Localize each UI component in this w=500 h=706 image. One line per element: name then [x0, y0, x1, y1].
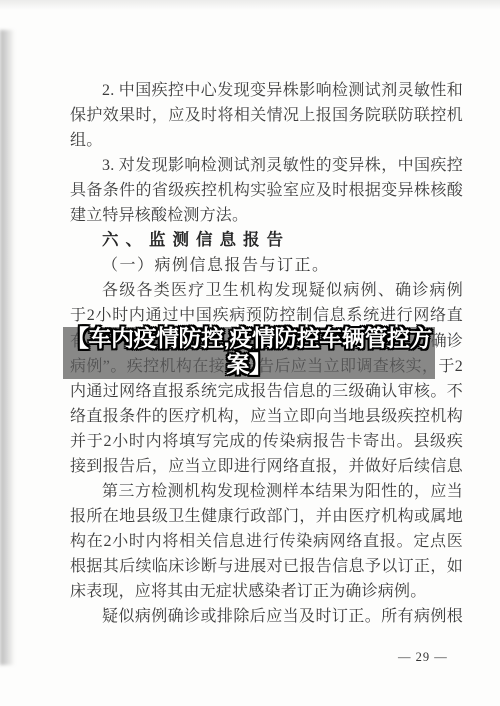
body-text-line: 内通过网络直报系统完成报告信息的三级确认审核。不具备网: [70, 379, 463, 404]
body-text-line: 组。: [70, 128, 463, 153]
overlay-title-line-2: 案】: [63, 351, 435, 377]
body-text-line: 保护效果时，应及时将相关情况上报国务院联防联控机制综合: [70, 103, 463, 128]
body-text-line: 床表现，应将其由无症状感染者订正为确诊病例。: [70, 579, 463, 604]
subsection-heading: （一）病例信息报告与订正。: [70, 253, 463, 278]
body-text-line: 构在2小时内将相关信息进行传染病网络直报。定点医疗机构: [70, 529, 463, 554]
body-text-line: 3. 对发现影响检测试剂灵敏性的变异株，中国疾控中心及: [70, 153, 463, 178]
body-text-line: 并于2小时内将填写完成的传染病报告卡寄出。县级疾控机构: [70, 429, 463, 454]
document-page: 2. 中国疾控中心发现变异株影响检测试剂灵敏性和疫苗保护效果时，应及时将相关情况…: [0, 0, 500, 706]
body-text-line: 根据其后续临床诊断与进展对已报告信息予以订正，如出现临: [70, 554, 463, 579]
photo-left-edge-shading: [0, 30, 15, 665]
photo-top-edge-shading: [0, 0, 500, 10]
body-text-line: 各级各类医疗卫生机构发现疑似病例、确诊病例时，应当: [70, 278, 463, 303]
body-text-line: 接到报告后，应当立即进行网络直报，并做好后续信息的订正。: [70, 454, 463, 479]
page-number: — 29 —: [398, 650, 468, 665]
section-heading: 六、监测信息报告: [70, 228, 463, 253]
body-text-line: 具备条件的省级疾控机构实验室应及时根据变异株核酸序列，: [70, 178, 463, 203]
body-text-line: 报所在地县级卫生健康行政部门，并由医疗机构或属地疾控机: [70, 504, 463, 529]
body-text-line: 第三方检测机构发现检测样本结果为阳性的，应当立即上: [70, 479, 463, 504]
body-text-line: 络直报条件的医疗机构，应当立即向当地县级疾控机构报告，: [70, 404, 463, 429]
overlay-title: 【车内疫情防控,疫情防控车辆管控方 案】: [63, 325, 435, 377]
body-text-line: 2. 中国疾控中心发现变异株影响检测试剂灵敏性和疫苗: [70, 78, 463, 103]
overlay-title-line-1: 【车内疫情防控,疫情防控车辆管控方: [63, 325, 435, 351]
body-text-line: 疑似病例确诊或排除后应当及时订正。所有病例根据病情: [70, 604, 463, 629]
body-text-line: 建立特异核酸检测方法。: [70, 203, 463, 228]
obscured-line-right-fragment: 确诊: [431, 329, 463, 354]
